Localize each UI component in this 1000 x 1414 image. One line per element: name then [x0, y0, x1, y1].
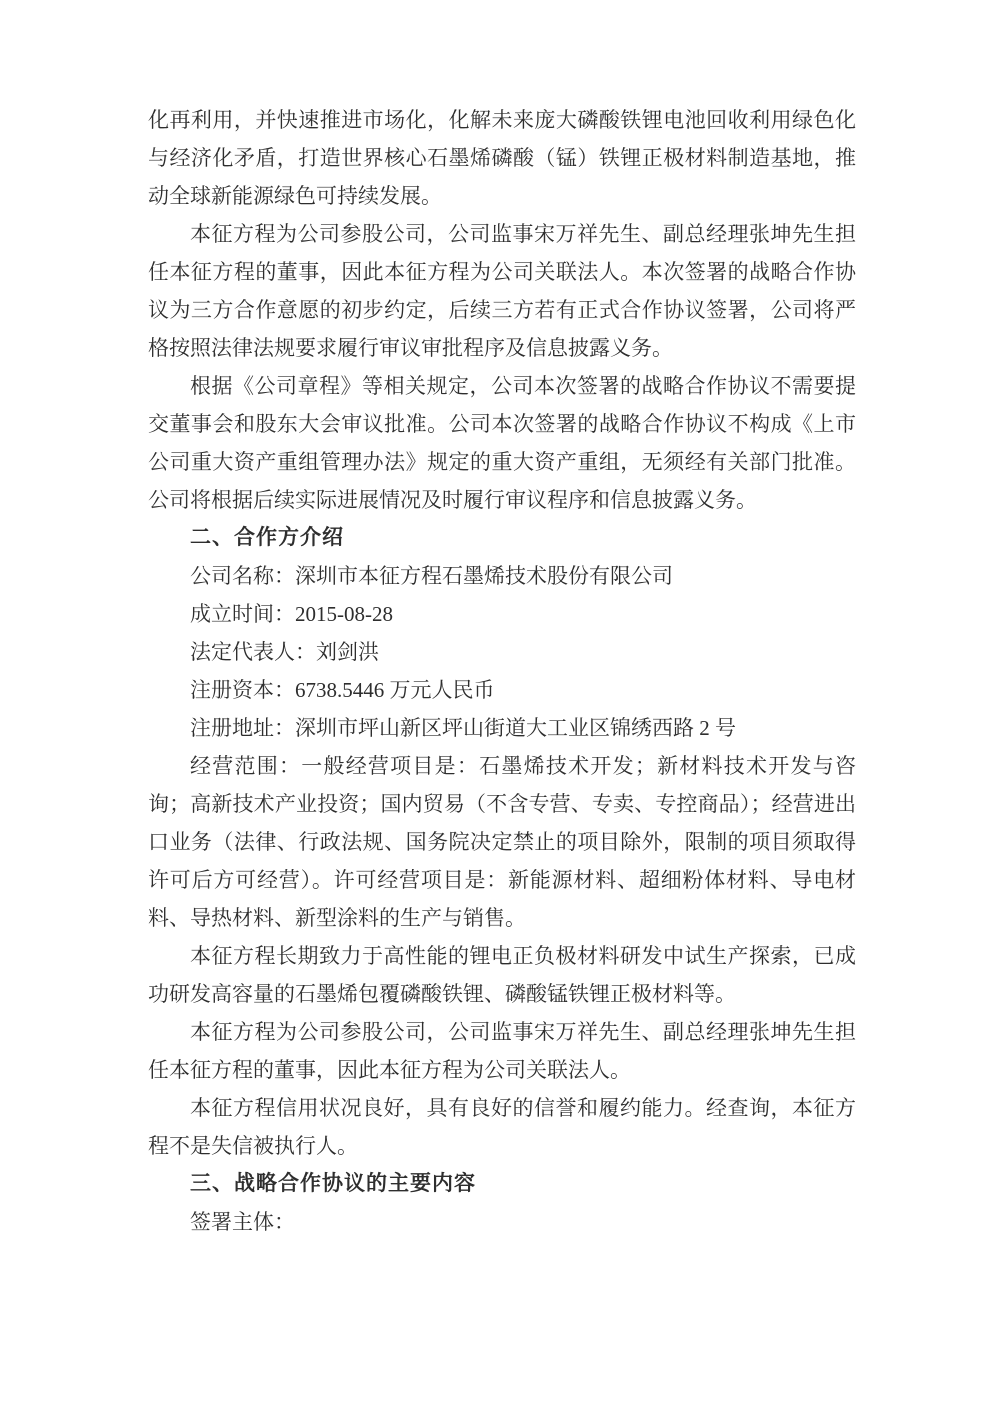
field-registered-address: 注册地址：深圳市坪山新区坪山街道大工业区锦绣西路 2 号 — [148, 709, 856, 747]
field-registered-capital: 注册资本：6738.5446 万元人民币 — [148, 671, 856, 709]
field-company-name: 公司名称：深圳市本征方程石墨烯技术股份有限公司 — [148, 557, 856, 595]
paragraph-signing-parties-label: 签署主体： — [148, 1203, 856, 1241]
field-legal-representative: 法定代表人：刘剑洪 — [148, 633, 856, 671]
section-heading-partner-introduction: 二、合作方介绍 — [148, 519, 856, 557]
paragraph-approval-procedure: 根据《公司章程》等相关规定，公司本次签署的战略合作协议不需要提交董事会和股东大会… — [148, 367, 856, 519]
paragraph-body-continuation: 化再利用，并快速推进市场化，化解未来庞大磷酸铁锂电池回收利用绿色化与经济化矛盾，… — [148, 101, 856, 215]
field-business-scope: 经营范围：一般经营项目是：石墨烯技术开发；新材料技术开发与咨询；高新技术产业投资… — [148, 747, 856, 937]
section-heading-agreement-main-content: 三、战略合作协议的主要内容 — [148, 1165, 856, 1203]
document-page: 化再利用，并快速推进市场化，化解未来庞大磷酸铁锂电池回收利用绿色化与经济化矛盾，… — [0, 0, 1000, 1414]
paragraph-related-party-1: 本征方程为公司参股公司，公司监事宋万祥先生、副总经理张坤先生担任本征方程的董事，… — [148, 215, 856, 367]
paragraph-related-party-2: 本征方程为公司参股公司，公司监事宋万祥先生、副总经理张坤先生担任本征方程的董事，… — [148, 1013, 856, 1089]
paragraph-credit-status: 本征方程信用状况良好，具有良好的信誉和履约能力。经查询，本征方程不是失信被执行人… — [148, 1089, 856, 1165]
paragraph-rd-achievements: 本征方程长期致力于高性能的锂电正负极材料研发中试生产探索，已成功研发高容量的石墨… — [148, 937, 856, 1013]
field-establishment-date: 成立时间：2015-08-28 — [148, 595, 856, 633]
